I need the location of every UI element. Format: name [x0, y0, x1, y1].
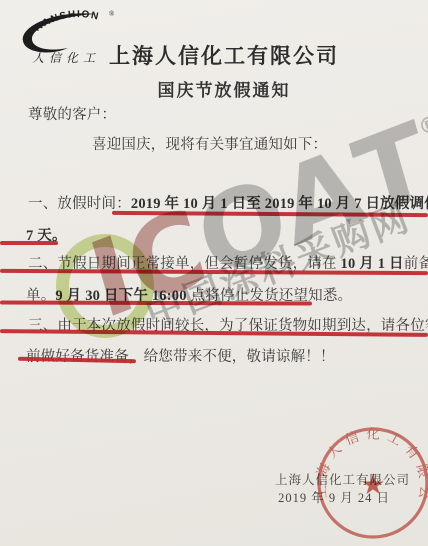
greeting-line: 尊敬的客户： — [28, 103, 116, 124]
svg-text:RANSHION: RANSHION — [33, 9, 101, 34]
notice-title: 国庆节放假通知 — [0, 76, 428, 101]
red-underline-2 — [0, 241, 58, 245]
section3-line2: 前做好备货准备，给您带来不便，敬请谅解！！ — [26, 345, 335, 366]
seal-star-icon: ★ — [360, 470, 385, 501]
scanned-notice-document: RANSHION ® 人信化工 上海人信化工有限公司 国庆节放假通知 尊敬的客户… — [0, 0, 428, 546]
logo-registered-mark: ® — [109, 10, 115, 18]
intro-line: 喜迎国庆，现将有关事宜通知如下： — [92, 133, 327, 154]
company-title: 上海人信化工有限公司 — [0, 40, 428, 70]
logo-brand-text: RANSHION — [33, 9, 101, 34]
watermark-registered-mark: ® — [415, 110, 428, 141]
section1-line1: 一、放假时间：2019 年 10 月 1 日至 2019 年 10 月 7 日放… — [28, 192, 428, 213]
company-seal-stamp: 上海人信化工有限公司 ★ — [314, 424, 428, 542]
